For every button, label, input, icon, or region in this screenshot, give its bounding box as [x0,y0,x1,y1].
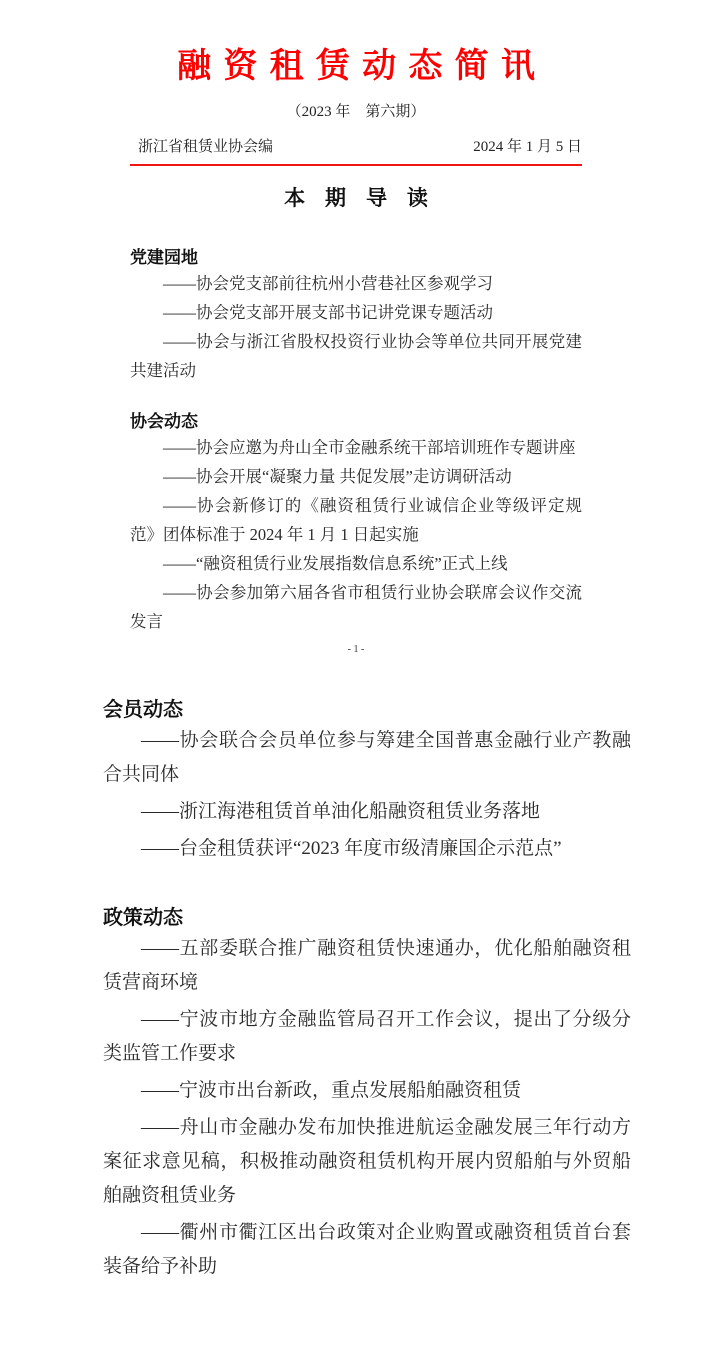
issue-line: （2023 年 第六期） [130,102,582,122]
page-1: 融资租赁动态简讯 （2023 年 第六期） 浙江省租赁业协会编 2024 年 1… [0,42,709,656]
section-member-news: 会员动态 ——协会联合会员单位参与筹建全国普惠金融行业产教融合共同体 ——浙江海… [103,696,631,866]
page-2: 会员动态 ——协会联合会员单位参与筹建全国普惠金融行业产教融合共同体 ——浙江海… [0,696,709,1284]
section-heading-policy-news: 政策动态 [103,904,631,932]
toc-item: ——宁波市出台新政，重点发展船舶融资租赁 [103,1074,631,1108]
toc-item: ——“融资租赁行业发展指数信息系统”正式上线 [130,549,582,578]
page-number: - 1 - [130,644,582,656]
toc-item: ——协会应邀为舟山全市金融系统干部培训班作专题讲座 [130,433,582,462]
toc-item: ——舟山市金融办发布加快推进航运金融发展三年行动方案征求意见稿，积极推动融资租赁… [103,1111,631,1213]
section-association-news: 协会动态 ——协会应邀为舟山全市金融系统干部培训班作专题讲座 ——协会开展“凝聚… [130,410,582,636]
toc-item: ——协会新修订的《融资租赁行业诚信企业等级评定规范》团体标准于 2024 年 1… [130,491,582,549]
toc-item: ——协会党支部前往杭州小营巷社区参观学习 [130,269,582,298]
toc-item: ——协会联合会员单位参与筹建全国普惠金融行业产教融合共同体 [103,724,631,792]
toc-title: 本期导读 [130,185,582,213]
toc-item: ——协会开展“凝聚力量 共促发展”走访调研活动 [130,462,582,491]
publish-date: 2024 年 1 月 5 日 [473,137,582,157]
toc-item: ——台金租赁获评“2023 年度市级清廉国企示范点” [103,832,631,866]
toc-item: ——协会党支部开展支部书记讲党课专题活动 [130,298,582,327]
section-heading-party-building: 党建园地 [130,246,582,269]
section-party-building: 党建园地 ——协会党支部前往杭州小营巷社区参观学习 ——协会党支部开展支部书记讲… [130,246,582,385]
section-heading-member-news: 会员动态 [103,696,631,724]
toc-item: ——浙江海港租赁首单油化船融资租赁业务落地 [103,795,631,829]
red-divider [130,164,582,166]
section-heading-association-news: 协会动态 [130,410,582,433]
editor-credit: 浙江省租赁业协会编 [130,137,273,157]
newsletter-title: 融资租赁动态简讯 [130,42,582,91]
meta-row: 浙江省租赁业协会编 2024 年 1 月 5 日 [130,137,582,157]
toc-item: ——协会与浙江省股权投资行业协会等单位共同开展党建共建活动 [130,327,582,385]
toc-item: ——衢州市衢江区出台政策对企业购置或融资租赁首台套装备给予补助 [103,1216,631,1284]
toc-item: ——协会参加第六届各省市租赁行业协会联席会议作交流发言 [130,578,582,636]
toc-item: ——五部委联合推广融资租赁快速通办，优化船舶融资租赁营商环境 [103,932,631,1000]
newsletter-document: { "doc": { "title": "融资租赁动态简讯", "issue_l… [0,0,709,1361]
section-policy-news: 政策动态 ——五部委联合推广融资租赁快速通办，优化船舶融资租赁营商环境 ——宁波… [103,904,631,1284]
toc-item: ——宁波市地方金融监管局召开工作会议，提出了分级分类监管工作要求 [103,1003,631,1071]
